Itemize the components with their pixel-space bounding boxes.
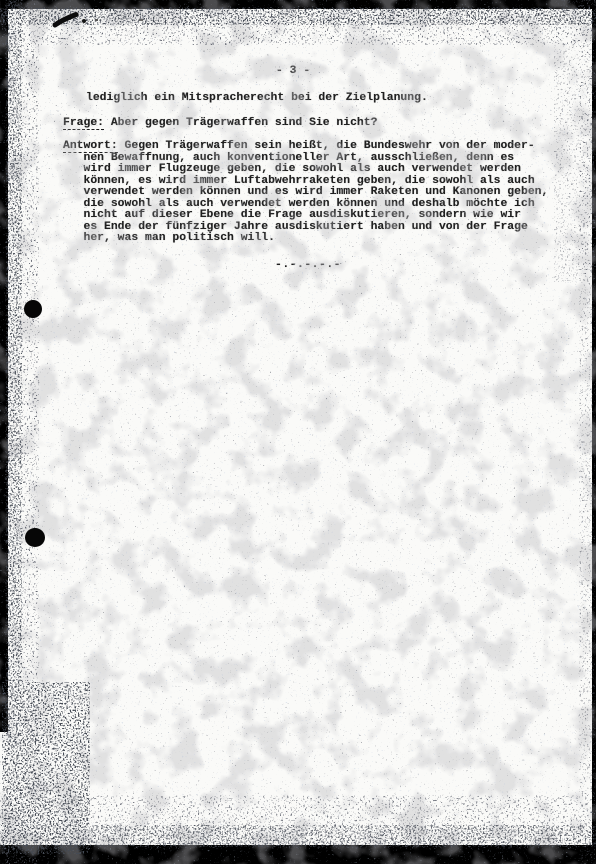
page-number: - 3 -: [276, 66, 310, 78]
section-separator: -.-.-.-.-: [275, 260, 341, 272]
question-text: Aber gegen Trägerwaffen sind Sie nicht?: [104, 117, 377, 129]
question-line: Frage: Aber gegen Trägerwaffen sind Sie …: [63, 118, 377, 130]
hole-punch-bottom: [25, 528, 45, 547]
intro-line: lediglich ein Mitspracherecht bei der Zi…: [86, 93, 428, 105]
scan-edge-top: [0, 0, 596, 9]
pen-mark: [50, 10, 150, 36]
answer-paragraph: Antwort: Gegen Trägerwaffen sein heißt, …: [63, 141, 548, 245]
answer-text: Gegen Trägerwaffen sein heißt, die Bunde…: [63, 140, 548, 244]
question-label: Frage:: [63, 117, 104, 130]
scanned-document-page: - 3 - lediglich ein Mitspracherecht bei …: [0, 0, 596, 864]
scan-edge-left: [0, 4, 8, 732]
scan-edge-bottom: [0, 845, 596, 864]
scan-edge-right: [592, 0, 596, 864]
hole-punch-top: [24, 300, 42, 318]
